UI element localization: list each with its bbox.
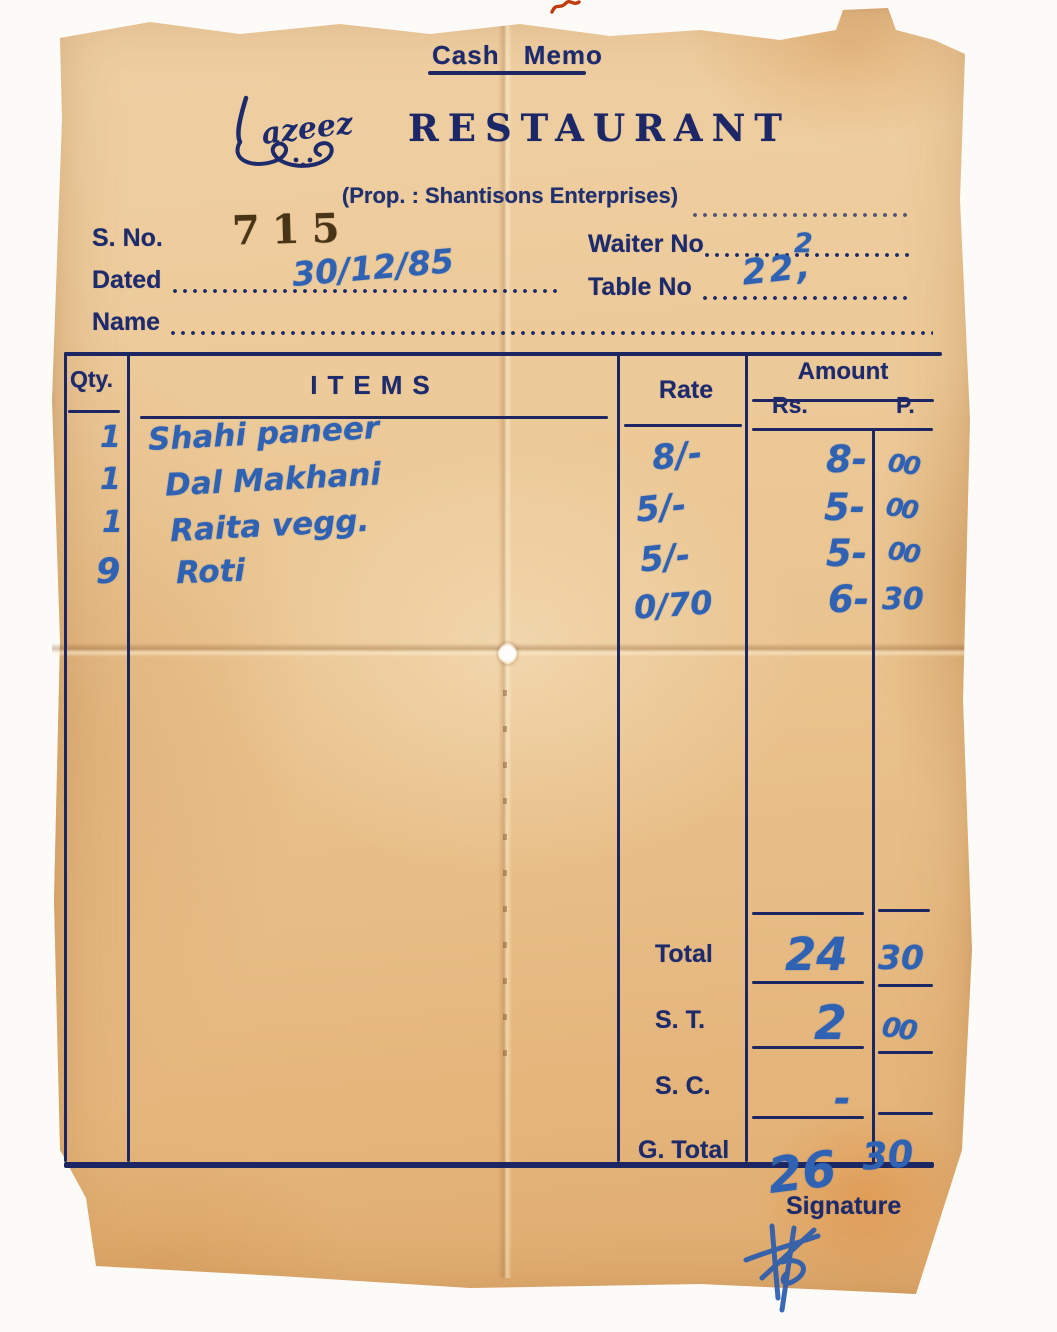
items-header: ITEMS — [140, 370, 610, 401]
rate-header-underline — [624, 424, 742, 427]
rs-header: Rs. — [772, 392, 808, 419]
summary-rule — [752, 912, 864, 915]
row-amount-rs: 6- — [828, 578, 869, 621]
brand-name: RESTAURANT — [408, 106, 791, 150]
row-amount-p: 00 — [886, 536, 921, 569]
sales-tax-rs-value: 2 — [814, 996, 847, 1051]
name-label: Name — [92, 308, 160, 337]
rs-p-divider-rule — [872, 430, 875, 1163]
amount-column-rule — [745, 352, 748, 1162]
table-dotted-line — [700, 295, 910, 301]
amount-header: Amount — [752, 358, 934, 386]
row-rate: 5/- — [634, 485, 688, 530]
brand-script-logo: azeez — [216, 90, 406, 178]
punch-hole — [498, 643, 517, 664]
rate-header: Rate — [630, 376, 742, 405]
row-qty: 9 — [96, 552, 120, 592]
summary-rule — [878, 984, 933, 987]
sales-tax-p-value: 00 — [880, 1012, 918, 1047]
row-amount-p: 30 — [882, 582, 924, 617]
grand-total-p-value: 30 — [861, 1132, 915, 1178]
qty-header: Qty. — [70, 366, 113, 393]
row-amount-rs: 5- — [824, 486, 865, 529]
table-border-top — [64, 352, 942, 356]
row-qty: 1 — [102, 505, 123, 540]
total-p-value: 30 — [878, 938, 924, 977]
qty-column-rule — [127, 352, 130, 1162]
qty-header-underline — [68, 410, 120, 413]
service-charge-label: S. C. — [655, 1072, 711, 1101]
table-no-handwritten-value: 22, — [740, 246, 815, 293]
scanned-receipt: Cash Memo azeez RESTAURANT (Prop. : Shan… — [0, 0, 1057, 1332]
summary-rule — [752, 1046, 864, 1049]
waiter-no-label: Waiter No — [588, 230, 704, 259]
serial-no-stamp: 715 — [231, 204, 352, 254]
summary-rule — [878, 1112, 933, 1115]
row-amount-rs: 8- — [826, 438, 867, 481]
name-dotted-line — [168, 330, 933, 336]
row-amount-rs: 5- — [826, 532, 867, 575]
dated-label: Dated — [92, 266, 161, 295]
red-ink-mark — [546, 0, 584, 14]
serial-no-label: S. No. — [92, 224, 163, 253]
table-no-label: Table No — [588, 273, 692, 302]
summary-rule — [878, 1051, 933, 1054]
summary-rule — [752, 981, 864, 984]
row-amount-p: 00 — [886, 448, 921, 481]
dated-dotted-line — [170, 288, 560, 294]
row-item: Roti — [175, 553, 245, 591]
row-rate: 0/70 — [633, 583, 714, 626]
service-charge-rs-value: - — [834, 1076, 851, 1122]
sales-tax-label: S. T. — [655, 1006, 705, 1035]
table-border-left — [64, 352, 67, 1162]
signature-scribble — [732, 1214, 847, 1322]
svg-text:azeez: azeez — [260, 106, 356, 152]
grand-total-label: G. Total — [638, 1136, 729, 1165]
row-qty: 1 — [100, 462, 121, 497]
memo-title-underline — [428, 71, 586, 75]
upper-dotted-line — [690, 212, 912, 218]
summary-rule — [878, 909, 930, 912]
row-rate: 8/- — [650, 433, 704, 478]
fold-stitch-marks — [503, 690, 507, 1080]
rs-p-header-underline — [752, 428, 933, 431]
memo-type-title: Cash Memo — [432, 40, 603, 71]
total-label: Total — [655, 940, 713, 969]
rate-column-rule — [617, 352, 620, 1162]
row-amount-p: 00 — [884, 492, 919, 525]
row-rate: 5/- — [638, 535, 692, 580]
row-qty: 1 — [100, 420, 121, 455]
p-header: P. — [896, 392, 915, 419]
total-rs-value: 24 — [785, 928, 848, 981]
